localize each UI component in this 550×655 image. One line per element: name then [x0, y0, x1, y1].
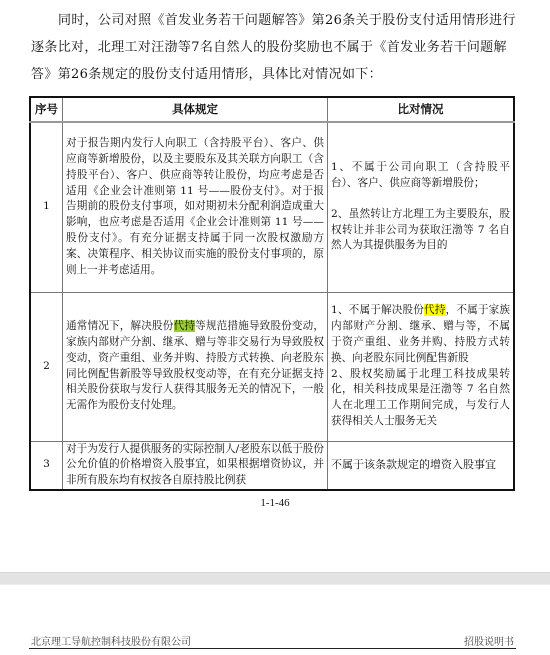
page-separator	[0, 572, 550, 585]
highlighted-term: 代持	[424, 304, 446, 316]
row-no: 1	[30, 122, 63, 292]
document-page: 同时，公司对照《首发业务若干问题解答》第26条关于股份支付适用情形进行逐条比对，…	[0, 0, 550, 572]
table-row: 1 对于报告期内发行人向职工（含持股平台）、客户、供应商等新增股份，以及主要股东…	[30, 122, 514, 292]
row-comparison: 1、不属于解决股份代持，不属于家族内部财产分割、继承、赠与等，不属于资产重组、业…	[328, 292, 515, 441]
next-page: 北京理工导航控制科技股份有限公司 招股说明书	[0, 585, 550, 655]
running-header: 北京理工导航控制科技股份有限公司 招股说明书	[29, 633, 516, 649]
table-row: 3 对于为发行人提供服务的实际控制人/老股东以低于股份公允价值的价格增资入股事宜…	[30, 441, 514, 490]
comparison-text: 1、不属于解决股份	[331, 304, 424, 316]
highlighted-term: 代持	[174, 320, 196, 332]
company-name: 北京理工导航控制科技股份有限公司	[31, 633, 191, 648]
header-rule: 具体规定	[63, 97, 328, 122]
header-comparison: 比对情况	[328, 97, 515, 122]
table-row: 2 通常情况下，解决股份代持等规范措施导致股份变动，家族内部财产分割、继承、赠与…	[30, 292, 514, 441]
comparison-item: 2、股权奖励属于北理工科技成果转化，相关科技成果是汪渤等 7 名自然人在北理工工…	[331, 367, 510, 430]
header-no: 序号	[30, 97, 63, 122]
row-no: 3	[30, 441, 63, 490]
table-header-row: 序号 具体规定 比对情况	[30, 97, 514, 122]
rule-text: 通常情况下，解决股份	[66, 320, 174, 332]
comparison-item: 2、虽然转让方北理工为主要股东，股权转让并非公司为获取汪渤等 7 名自然人为其提…	[331, 207, 510, 254]
row-comparison: 不属于该条款规定的增资入股事宜	[328, 441, 515, 490]
intro-paragraph: 同时，公司对照《首发业务若干问题解答》第26条关于股份支付适用情形进行逐条比对，…	[31, 7, 519, 88]
page-number: 1-1-46	[0, 497, 550, 509]
row-rule: 通常情况下，解决股份代持等规范措施导致股份变动，家族内部财产分割、继承、赠与等非…	[63, 292, 328, 441]
rule-text: 等规范措施导致股份变动，家族内部财产分割、继承、赠与等非交易行为导致股权变动，资…	[66, 320, 324, 411]
row-no: 2	[30, 292, 63, 441]
document-type: 招股说明书	[464, 633, 514, 648]
comparison-item: 1、不属于公司向职工（含持股平台）、客户、供应商等新增股份；	[331, 160, 510, 192]
row-rule: 对于报告期内发行人向职工（含持股平台）、客户、供应商等新增股份，以及主要股东及其…	[63, 122, 328, 292]
row-comparison: 1、不属于公司向职工（含持股平台）、客户、供应商等新增股份； 2、虽然转让方北理…	[328, 122, 515, 292]
comparison-table: 序号 具体规定 比对情况 1 对于报告期内发行人向职工（含持股平台）、客户、供应…	[29, 96, 515, 491]
comparison-item: 1、不属于解决股份代持，不属于家族内部财产分割、继承、赠与等，不属于资产重组、业…	[331, 303, 510, 366]
row-rule: 对于为发行人提供服务的实际控制人/老股东以低于股份公允价值的价格增资入股事宜，如…	[63, 441, 328, 490]
